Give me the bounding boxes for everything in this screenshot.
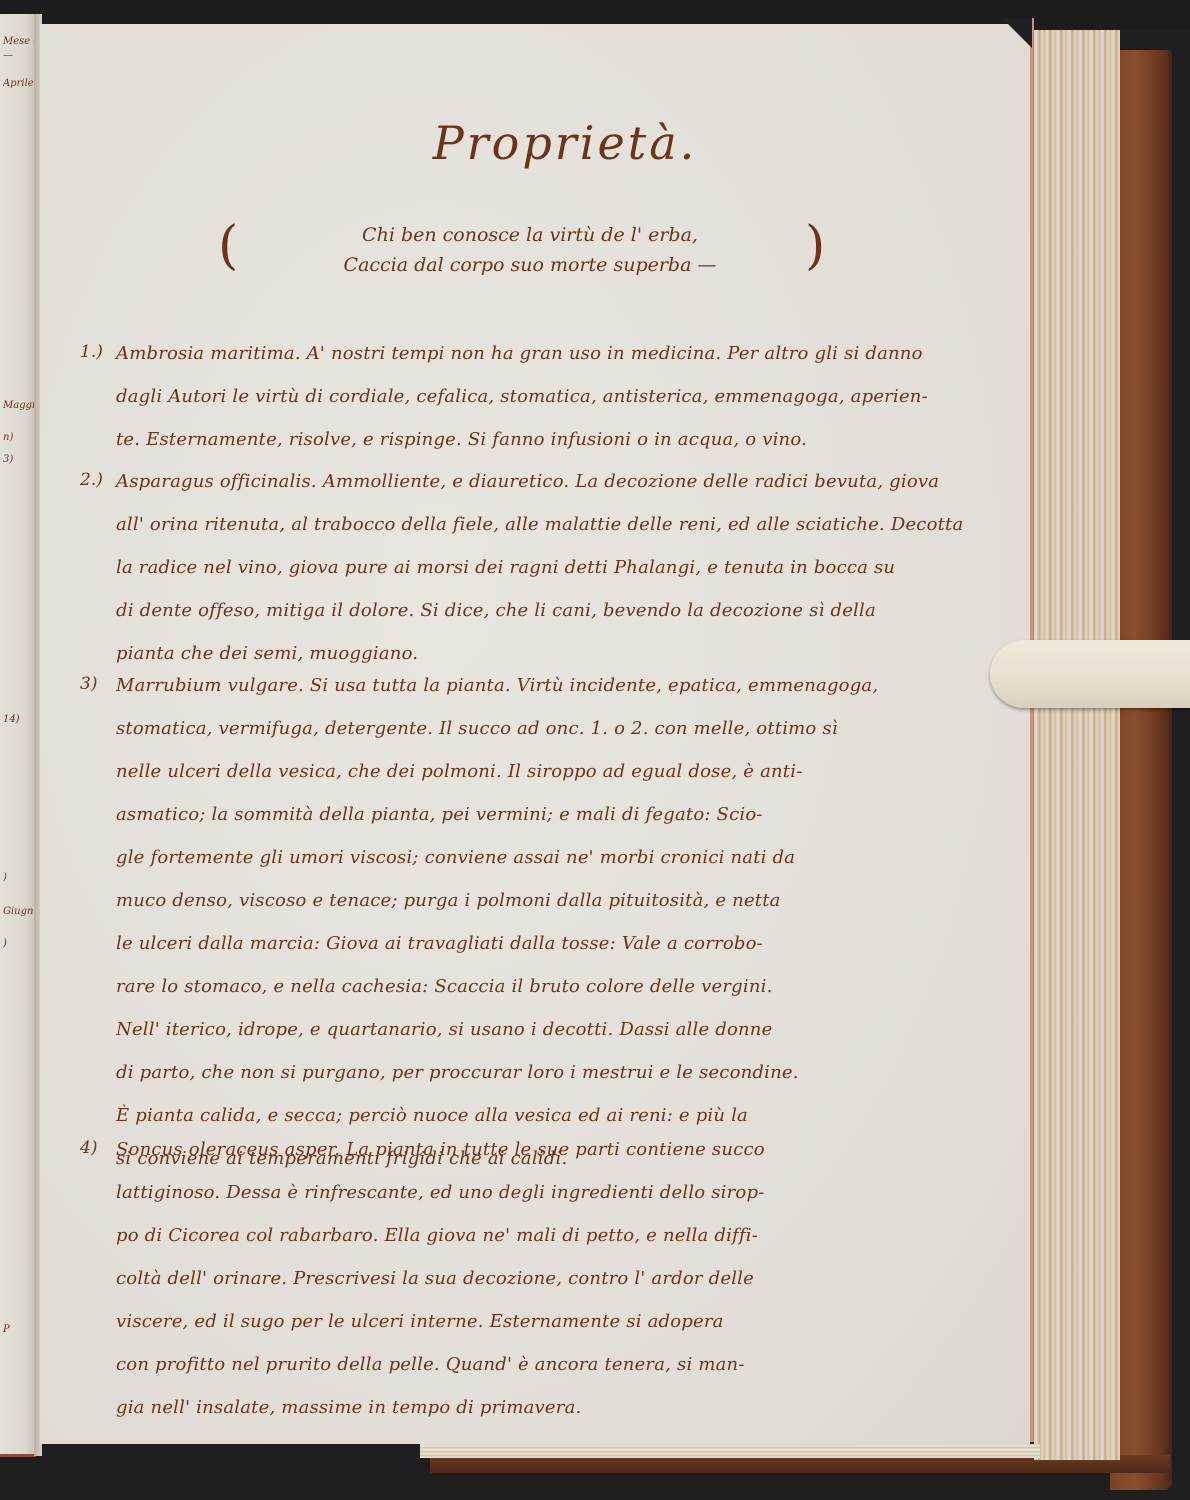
motto: Chi ben conosce la virtù de l' erba, Cac… <box>220 220 840 280</box>
manuscript-page: Proprietà. ( Chi ben conosce la virtù de… <box>40 24 1030 1444</box>
entry-line: gia nell' insalate, massime in tempo di … <box>116 1386 1046 1429</box>
margin-note: n) <box>3 432 35 443</box>
entry-line: coltà dell' orinare. Prescrivesi la sua … <box>116 1257 1046 1300</box>
margin-note: P <box>3 1324 35 1335</box>
bone-folder-bookmark <box>990 640 1190 708</box>
left-page-sliver: Mese e — Aprile Maggi n) 3) 14) ) Giugno… <box>0 14 36 1457</box>
entry-line: Asparagus officinalis. Ammolliente, e di… <box>116 460 1046 503</box>
entry-asparagus: 2.) Asparagus officinalis. Ammolliente, … <box>80 460 1010 675</box>
entry-number: 4) <box>80 1138 97 1158</box>
entry-marrubium: 3) Marrubium vulgare. Si usa tutta la pi… <box>80 664 1010 1180</box>
entry-line: nelle ulceri della vesica, che dei polmo… <box>116 750 1046 793</box>
entry-line: di parto, che non si purgano, per proccu… <box>116 1051 1046 1094</box>
entry-line: Marrubium vulgare. Si usa tutta la piant… <box>116 664 1046 707</box>
entry-line: le ulceri dalla marcia: Giova ai travagl… <box>116 922 1046 965</box>
margin-note: Giugno <box>3 906 35 917</box>
entry-line: la radice nel vino, giova pure ai morsi … <box>116 546 1046 589</box>
entry-line: Nell' iterico, idrope, e quartanario, si… <box>116 1008 1046 1051</box>
entry-line: rare lo stomaco, e nella cachesia: Scacc… <box>116 965 1046 1008</box>
margin-note: Aprile <box>3 78 35 89</box>
page-bottom-edge <box>420 1444 1040 1458</box>
entry-soncus: 4) Soncus oleraceus asper. La pianta in … <box>80 1128 1010 1429</box>
entry-line: Soncus oleraceus asper. La pianta in tut… <box>116 1128 1046 1171</box>
margin-note: Maggi <box>3 400 35 411</box>
entry-line: muco denso, viscoso e tenace; purga i po… <box>116 879 1046 922</box>
margin-note: 3) <box>3 454 35 465</box>
margin-note: ) <box>3 872 35 883</box>
margin-note: Mese e <box>3 36 35 47</box>
entry-number: 3) <box>80 674 97 694</box>
margin-note: ) <box>3 938 35 949</box>
entry-line: lattiginoso. Dessa è rinfrescante, ed un… <box>116 1171 1046 1214</box>
entry-ambrosia: 1.) Ambrosia maritima. A' nostri tempi n… <box>80 332 1010 461</box>
entry-line: gle fortemente gli umori viscosi; convie… <box>116 836 1046 879</box>
page-title: Proprietà. <box>340 116 790 170</box>
motto-line: Chi ben conosce la virtù de l' erba, <box>220 220 840 250</box>
margin-note: — <box>3 50 35 61</box>
entry-line: asmatico; la sommità della pianta, pei v… <box>116 793 1046 836</box>
entry-line: Ambrosia maritima. A' nostri tempi non h… <box>116 332 1046 375</box>
entry-number: 2.) <box>80 470 103 490</box>
motto-bracket-right: ) <box>805 216 825 276</box>
page-corner-dogear <box>1002 18 1032 48</box>
page-fore-edge <box>1034 30 1120 1460</box>
entry-line: di dente offeso, mitiga il dolore. Si di… <box>116 589 1046 632</box>
entry-line: all' orina ritenuta, al trabocco della f… <box>116 503 1046 546</box>
entry-line: con profitto nel prurito della pelle. Qu… <box>116 1343 1046 1386</box>
margin-note: 14) <box>3 714 35 725</box>
entry-number: 1.) <box>80 342 103 362</box>
entry-line: stomatica, vermifuga, detergente. Il suc… <box>116 707 1046 750</box>
entry-line: po di Cicorea col rabarbaro. Ella giova … <box>116 1214 1046 1257</box>
entry-line: te. Esternamente, risolve, e rispinge. S… <box>116 418 1046 461</box>
motto-line: Caccia dal corpo suo morte superba — <box>220 250 840 280</box>
entry-line: viscere, ed il sugo per le ulceri intern… <box>116 1300 1046 1343</box>
entry-line: dagli Autori le virtù di cordiale, cefal… <box>116 375 1046 418</box>
